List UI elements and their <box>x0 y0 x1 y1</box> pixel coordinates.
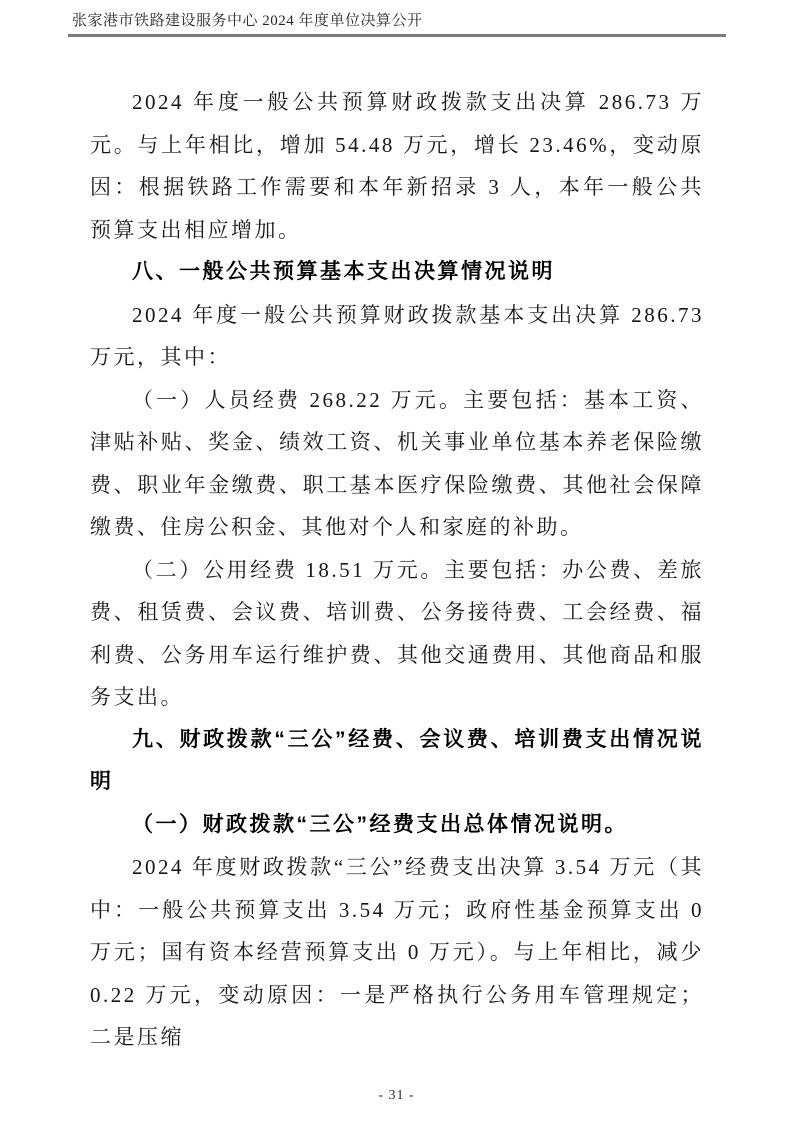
document-body: 2024 年度一般公共预算财政拨款支出决算 286.73 万元。与上年相比，增加… <box>90 81 704 1059</box>
body-paragraph-public-funds: （二）公用经费 18.51 万元。主要包括：办公费、差旅费、租赁费、会议费、培训… <box>90 549 704 719</box>
body-paragraph-three-public-detail: 2024 年度财政拨款“三公”经费支出决算 3.54 万元（其中：一般公共预算支… <box>90 846 704 1059</box>
section-heading-three-public-expenses: 九、财政拨款“三公”经费、会议费、培训费支出情况说明 <box>90 719 704 804</box>
body-paragraph-budget-expenditure: 2024 年度一般公共预算财政拨款支出决算 286.73 万元。与上年相比，增加… <box>90 81 704 251</box>
section-heading-basic-expenditure: 八、一般公共预算基本支出决算情况说明 <box>90 251 704 294</box>
subsection-heading-three-public-overview: （一）财政拨款“三公”经费支出总体情况说明。 <box>90 804 704 847</box>
page-number: - 31 - <box>378 1088 414 1103</box>
body-paragraph-basic-expenditure-total: 2024 年度一般公共预算财政拨款基本支出决算 286.73 万元，其中： <box>90 294 704 379</box>
page-header: 张家港市铁路建设服务中心 2024 年度单位决算公开 <box>68 9 726 37</box>
page-footer: - 31 - <box>0 1088 793 1104</box>
document-page: 张家港市铁路建设服务中心 2024 年度单位决算公开 2024 年度一般公共预算… <box>0 0 793 1122</box>
page-header-title: 张家港市铁路建设服务中心 2024 年度单位决算公开 <box>72 13 423 29</box>
body-paragraph-personnel-funds: （一）人员经费 268.22 万元。主要包括：基本工资、津贴补贴、奖金、绩效工资… <box>90 379 704 549</box>
